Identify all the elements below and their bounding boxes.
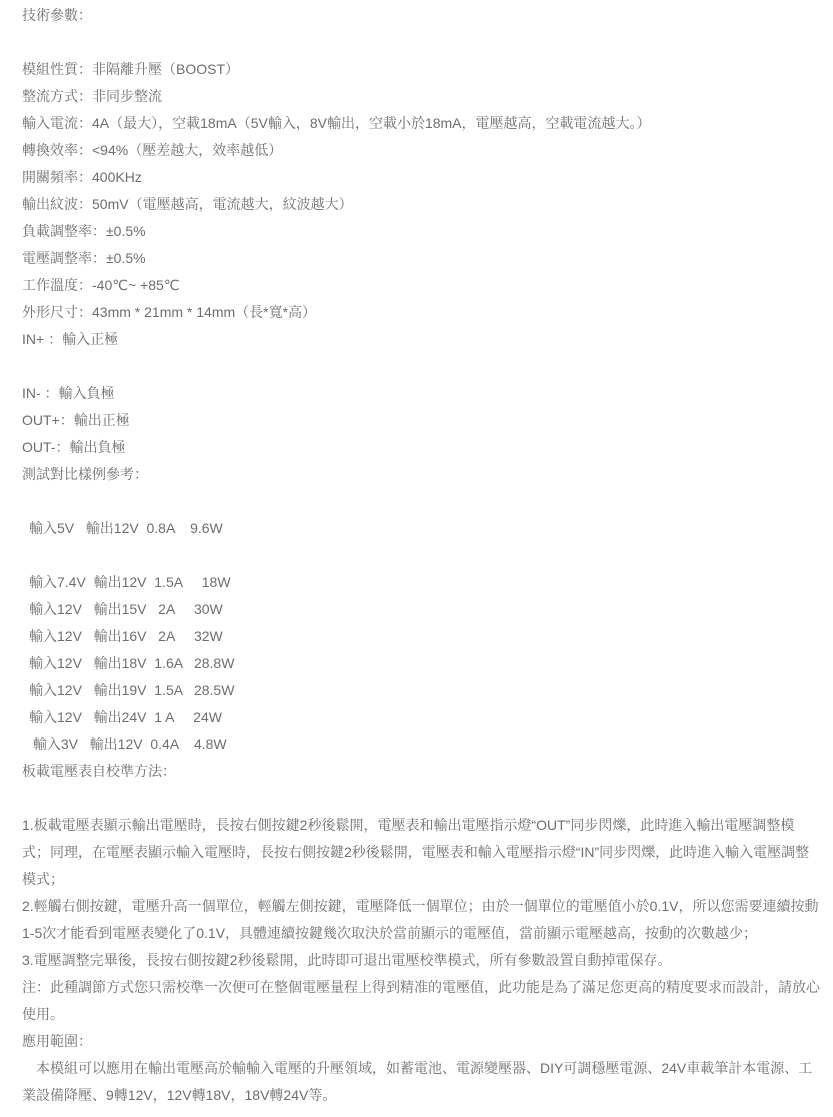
spec-line-output-ripple: 輸出紋波：50mV（電壓越高，電流越大，紋波越大） — [22, 191, 821, 218]
blank-line — [22, 488, 821, 515]
blank-line — [22, 353, 821, 380]
spec-line-efficiency: 轉換效率：<94%（壓差越大，效率越低） — [22, 137, 821, 164]
spec-line-input-current: 輸入電流：4A（最大），空載18mA（5V輸入，8V輸出，空載小於18mA，電壓… — [22, 110, 821, 137]
blank-line — [22, 785, 821, 812]
spec-line-operating-temp: 工作溫度：-40℃~ +85℃ — [22, 272, 821, 299]
spec-line-switch-frequency: 開關頻率：400KHz — [22, 164, 821, 191]
calibration-note: 注：此種調節方式您只需校準一次便可在整個電壓量程上得到精准的電壓值，此功能是為了… — [22, 974, 821, 1028]
table-row: 輸入7.4V 輸出12V 1.5A 18W — [22, 569, 821, 596]
spec-line-rectification: 整流方式：非同步整流 — [22, 83, 821, 110]
calibration-step-1: 1.板載電壓表顯示輸出電壓時，長按右側按鍵2秒後鬆開，電壓表和輸出電壓指示燈“O… — [22, 812, 821, 893]
blank-line — [22, 29, 821, 56]
table-row: 輸入12V 輸出16V 2A 32W — [22, 623, 821, 650]
table-row: 輸入5V 輸出12V 0.8A 9.6W — [22, 515, 821, 542]
application-heading: 應用範圍： — [22, 1028, 821, 1055]
spec-line-out-plus: OUT+：輸出正極 — [22, 407, 821, 434]
table-row: 輸入12V 輸出18V 1.6A 28.8W — [22, 650, 821, 677]
spec-line-in-plus: IN+ ：輸入正極 — [22, 326, 821, 353]
blank-line — [22, 542, 821, 569]
spec-line-module-type: 模組性質：非隔離升壓（BOOST） — [22, 56, 821, 83]
table-row: 輸入12V 輸出19V 1.5A 28.5W — [22, 677, 821, 704]
calibration-step-3: 3.電壓調整完畢後，長按右側按鍵2秒後鬆開，此時即可退出電壓校準模式，所有參數設… — [22, 947, 821, 974]
spec-line-load-regulation: 負載調整率：±0.5% — [22, 218, 821, 245]
spec-line-voltage-regulation: 電壓調整率：±0.5% — [22, 245, 821, 272]
test-samples-heading: 測試對比樣例參考： — [22, 461, 821, 488]
table-row: 輸入12V 輸出15V 2A 30W — [22, 596, 821, 623]
calibration-step-2: 2.輕觸右側按鍵，電壓升高一個單位，輕觸左側按鍵，電壓降低一個單位；由於一個單位… — [22, 893, 821, 947]
spec-line-in-minus: IN- ：輸入負極 — [22, 380, 821, 407]
calibration-heading: 板載電壓表自校準方法： — [22, 758, 821, 785]
spec-line-out-minus: OUT-：輸出負極 — [22, 434, 821, 461]
table-row: 輸入3V 輸出12V 0.4A 4.8W — [22, 731, 821, 758]
spec-line-dimensions: 外形尺寸：43mm * 21mm * 14mm（長*寬*高） — [22, 299, 821, 326]
table-row: 輸入12V 輸出24V 1 A 24W — [22, 704, 821, 731]
tech-params-heading: 技術參數： — [22, 2, 821, 29]
application-body: 本模組可以應用在輸出電壓高於輸輸入電壓的升壓領域，如蓄電池、電源變壓器、DIY可… — [22, 1055, 821, 1109]
product-description: 技術參數： 模組性質：非隔離升壓（BOOST） 整流方式：非同步整流 輸入電流：… — [0, 0, 833, 1117]
